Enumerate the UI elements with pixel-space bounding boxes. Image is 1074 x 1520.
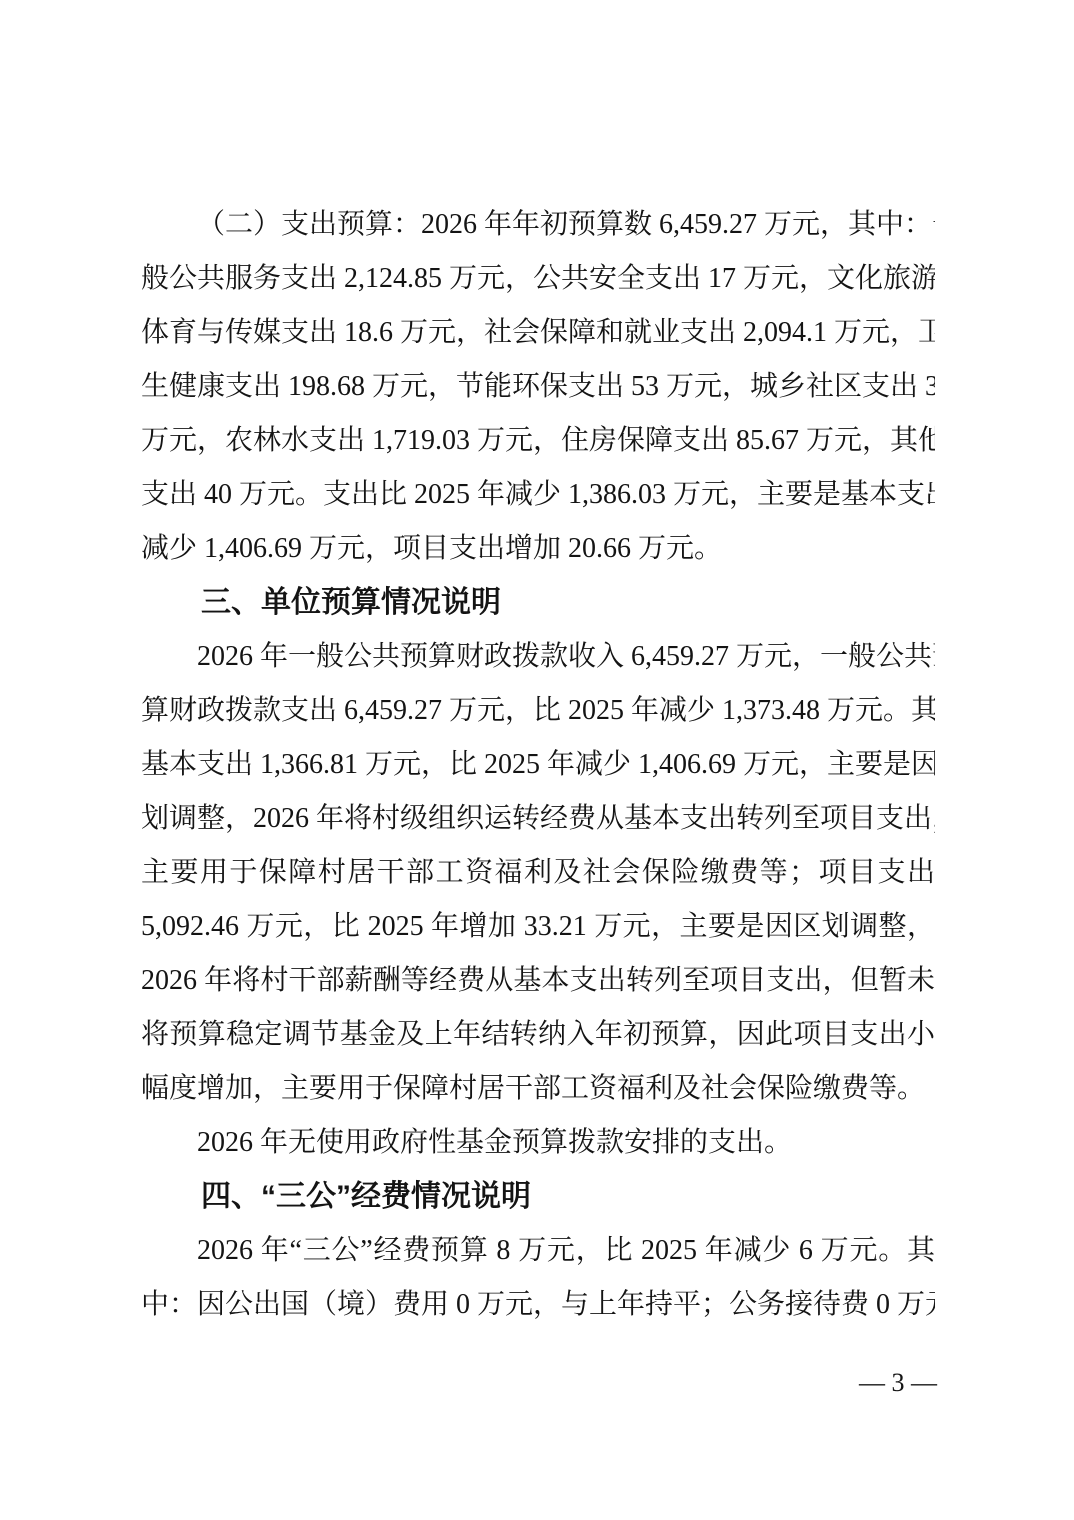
para1-line-2: 般公共服务支出 2,124.85 万元，公共安全支出 17 万元，文化旅游 (141, 252, 935, 306)
para1-line-3: 体育与传媒支出 18.6 万元，社会保障和就业支出 2,094.1 万元，卫 (141, 306, 935, 360)
para4-line-1: 2026 年“三公”经费预算 8 万元，比 2025 年减少 6 万元。其 (141, 1224, 935, 1278)
para2-line-2: 算财政拨款支出 6,459.27 万元，比 2025 年减少 1,373.48 … (141, 684, 935, 738)
para2-line-5: 主要用于保障村居干部工资福利及社会保险缴费等；项目支出 (141, 846, 935, 900)
document-page: （二）支出预算：2026 年年初预算数 6,459.27 万元，其中：一 般公共… (0, 0, 1074, 1520)
para1-line-7: 减少 1,406.69 万元，项目支出增加 20.66 万元。 (141, 522, 935, 576)
section-3-heading: 三、单位预算情况说明 (141, 576, 935, 630)
para3-line-1: 2026 年无使用政府性基金预算拨款安排的支出。 (141, 1116, 935, 1170)
para2-line-3: 基本支出 1,366.81 万元，比 2025 年减少 1,406.69 万元，… (141, 738, 935, 792)
para2-line-4: 划调整，2026 年将村级组织运转经费从基本支出转列至项目支出， (141, 792, 935, 846)
section-4-heading: 四、“三公”经费情况说明 (141, 1170, 935, 1224)
para2-line-9: 幅度增加，主要用于保障村居干部工资福利及社会保险缴费等。 (141, 1062, 935, 1116)
para4-line-2: 中：因公出国（境）费用 0 万元，与上年持平；公务接待费 0 万元， (141, 1278, 935, 1332)
para2-line-8: 将预算稳定调节基金及上年结转纳入年初预算，因此项目支出小 (141, 1008, 935, 1062)
para2-line-7: 2026 年将村干部薪酬等经费从基本支出转列至项目支出，但暂未 (141, 954, 935, 1008)
para1-line-6: 支出 40 万元。支出比 2025 年减少 1,386.03 万元，主要是基本支… (141, 468, 935, 522)
para1-line-4: 生健康支出 198.68 万元，节能环保支出 53 万元，城乡社区支出 3 (141, 360, 935, 414)
page-number: — 3 — (836, 1361, 960, 1405)
document-text-block: （二）支出预算：2026 年年初预算数 6,459.27 万元，其中：一 般公共… (141, 198, 935, 1332)
para1-line-1: （二）支出预算：2026 年年初预算数 6,459.27 万元，其中：一 (141, 198, 935, 252)
para1-line-5: 万元，农林水支出 1,719.03 万元，住房保障支出 85.67 万元，其他 (141, 414, 935, 468)
para2-line-6: 5,092.46 万元，比 2025 年增加 33.21 万元，主要是因区划调整… (141, 900, 935, 954)
para2-line-1: 2026 年一般公共预算财政拨款收入 6,459.27 万元，一般公共预 (141, 630, 935, 684)
